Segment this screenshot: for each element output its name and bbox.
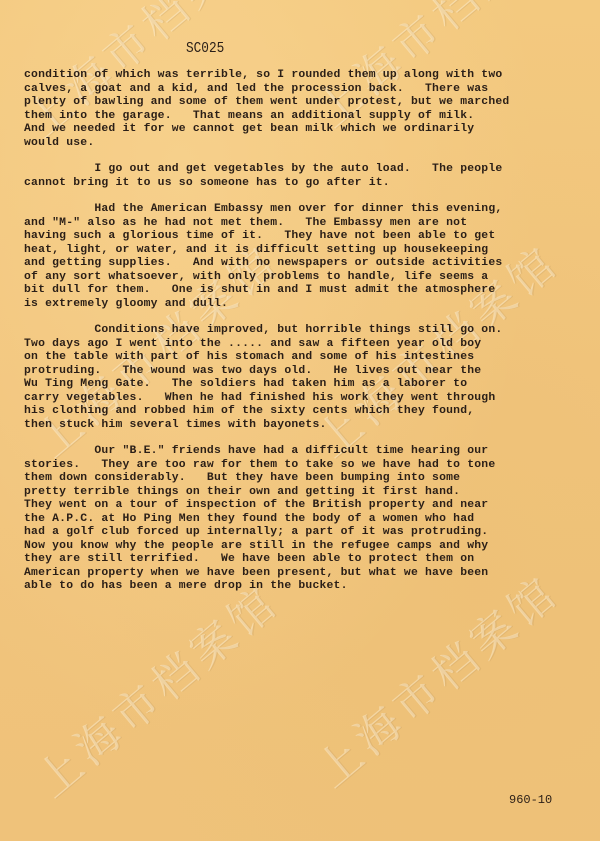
text-line: the A.P.C. at Ho Ping Men they found the… (24, 513, 584, 527)
document-body: condition of which was terrible, so I ro… (24, 69, 584, 607)
paragraph: condition of which was terrible, so I ro… (24, 69, 584, 150)
text-line: And we needed it for we cannot get bean … (24, 123, 584, 137)
text-line: heat, light, or water, and it is difficu… (24, 244, 584, 258)
text-line: them into the garage. That means an addi… (24, 110, 584, 124)
text-line: plenty of bawling and some of them went … (24, 96, 584, 110)
text-line: and "M-" also as he had not met them. Th… (24, 217, 584, 231)
text-line: of any sort whatsoever, with only proble… (24, 271, 584, 285)
text-line: I go out and get vegetables by the auto … (24, 163, 584, 177)
text-line: Our "B.E." friends have had a difficult … (24, 445, 584, 459)
text-line: American property when we have been pres… (24, 567, 584, 581)
text-line: carry vegetables. When he had finished h… (24, 392, 584, 406)
text-line: cannot bring it to us so someone has to … (24, 177, 584, 191)
text-line: Now you know why the people are still in… (24, 540, 584, 554)
text-line: having such a glorious time of it. They … (24, 230, 584, 244)
text-line: they are still terrified. We have been a… (24, 553, 584, 567)
text-line: bit dull for them. One is shut in and I … (24, 284, 584, 298)
text-line: would use. (24, 137, 584, 151)
text-line: They went on a tour of inspection of the… (24, 499, 584, 513)
text-line: calves, a goat and a kid, and led the pr… (24, 83, 584, 97)
text-line: Two days ago I went into the ..... and s… (24, 338, 584, 352)
text-line: is extremely gloomy and dull. (24, 298, 584, 312)
text-line: them down considerably. But they have be… (24, 472, 584, 486)
text-line: then stuck him several times with bayone… (24, 419, 584, 433)
page-number: 960-10 (509, 793, 552, 807)
text-line: condition of which was terrible, so I ro… (24, 69, 584, 83)
text-line: Had the American Embassy men over for di… (24, 203, 584, 217)
text-line: and getting supplies. And with no newspa… (24, 257, 584, 271)
text-line: had a golf club forced up internally; a … (24, 526, 584, 540)
text-line: stories. They are too raw for them to ta… (24, 459, 584, 473)
text-line: Wu Ting Meng Gate. The soldiers had take… (24, 378, 584, 392)
paragraph: Conditions have improved, but horrible t… (24, 324, 584, 432)
text-line: protruding. The wound was two days old. … (24, 365, 584, 379)
text-line: able to do has been a mere drop in the b… (24, 580, 584, 594)
paragraph: Our "B.E." friends have had a difficult … (24, 445, 584, 594)
paragraph: I go out and get vegetables by the auto … (24, 163, 584, 190)
text-line: pretty terrible things on their own and … (24, 486, 584, 500)
paragraph: Had the American Embassy men over for di… (24, 203, 584, 311)
text-line: on the table with part of his stomach an… (24, 351, 584, 365)
text-line: Conditions have improved, but horrible t… (24, 324, 584, 338)
text-line: his clothing and robbed him of the sixty… (24, 405, 584, 419)
archive-stamp: SC025 (186, 40, 224, 57)
document-page: 上海市档案馆 上海市档案馆 上海市档案馆 上海市档案馆 上海市档案馆 上海市档案… (0, 0, 600, 841)
